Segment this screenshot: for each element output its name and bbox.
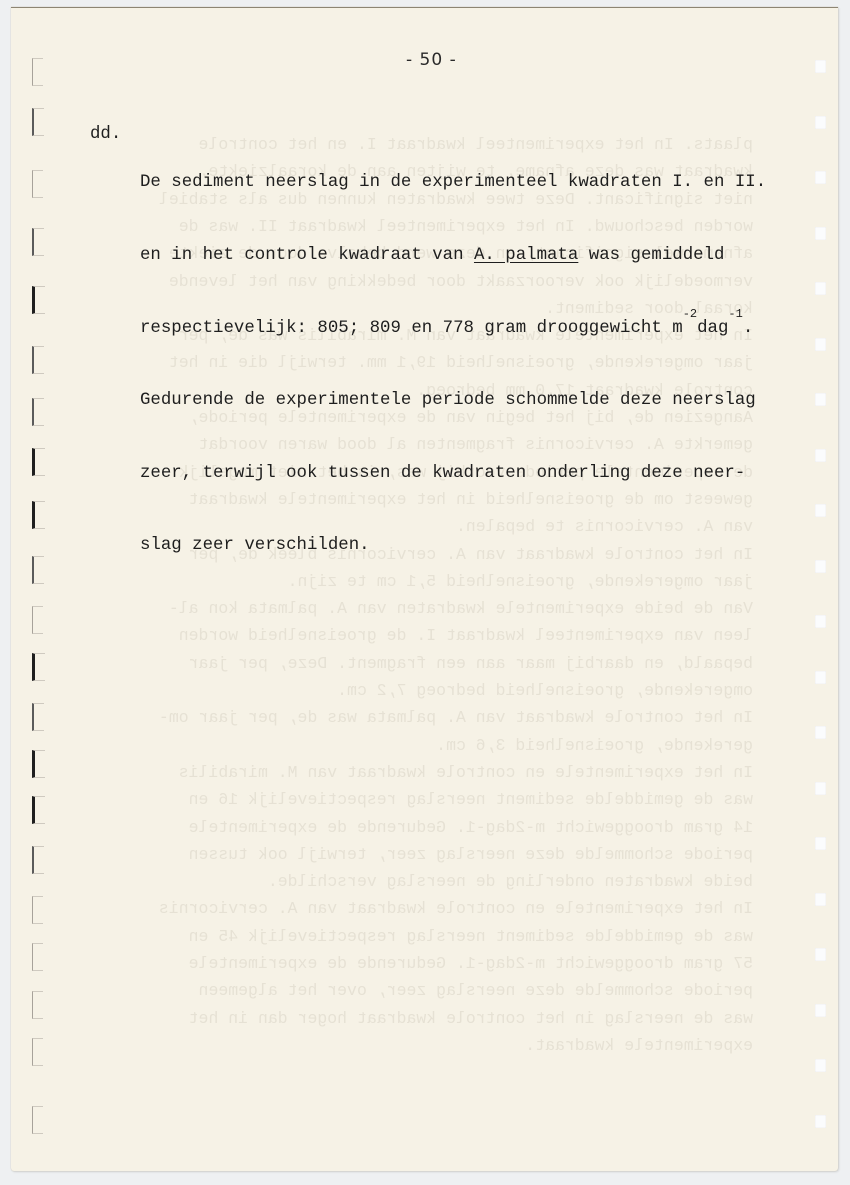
- punch-hole: [815, 338, 826, 351]
- ghost-line: leen van experimenteel kwadraat I. de gr…: [179, 624, 753, 648]
- binder-mark: [32, 108, 44, 136]
- body-line: respectievelijk: 805; 809 en 778 gram dr…: [140, 317, 766, 341]
- ghost-line: periode schommelde deze neerslag zeer, t…: [189, 843, 753, 867]
- binder-mark: [32, 606, 43, 634]
- punch-hole: [815, 116, 826, 129]
- text-span: dag: [697, 319, 728, 338]
- binder-mark: [32, 346, 44, 374]
- punch-hole: [815, 171, 826, 184]
- binder-mark: [32, 943, 43, 971]
- binder-mark: [32, 58, 43, 86]
- punch-hole: [815, 560, 826, 573]
- binder-mark: [32, 846, 44, 874]
- ghost-line: In het experimentele en controle kwadraa…: [179, 761, 753, 785]
- item-label: dd.: [90, 123, 121, 147]
- binder-mark: [32, 1106, 43, 1134]
- ghost-line: bepaald, en daarbij maar aan een fragmen…: [189, 652, 753, 676]
- body-line: zeer, terwijl ook tussen de kwadraten on…: [140, 462, 766, 486]
- binder-mark: [32, 896, 43, 924]
- binder-mark: [32, 796, 45, 824]
- page-number: - 50 -: [406, 50, 457, 70]
- body-line: De sediment neerslag in de experimenteel…: [140, 171, 766, 195]
- punch-hole: [815, 1059, 826, 1072]
- species-name: A. palmata: [474, 246, 578, 265]
- exponent: -1: [728, 307, 742, 321]
- exponent: -2: [683, 307, 697, 321]
- item-body: De sediment neerslag in de experimenteel…: [140, 123, 766, 607]
- ghost-line: was de neerslag in het controle kwadraat…: [189, 1007, 753, 1031]
- binder-mark: [32, 448, 45, 476]
- binder-mark: [32, 703, 44, 731]
- binder-mark: [32, 228, 44, 256]
- ghost-line: was de gemiddelde sediment neerslag resp…: [189, 925, 753, 949]
- binder-mark: [32, 556, 44, 584]
- ghost-line: gerekende, groeisnelheid 3,6 cm.: [436, 734, 753, 758]
- punch-hole: [815, 282, 826, 295]
- punch-hole: [815, 449, 826, 462]
- ghost-line: omgerekende, groeisnelheid bedroeg 7,2 c…: [337, 679, 753, 703]
- binder-mark: [32, 653, 45, 681]
- binder-mark: [32, 750, 45, 778]
- body-line: Gedurende de experimentele periode schom…: [140, 389, 766, 413]
- text-span: Gedurende de experimentele periode schom…: [140, 391, 756, 410]
- text-span: en in het controle kwadraat van: [140, 246, 474, 265]
- punch-hole: [815, 1004, 826, 1017]
- binder-mark: [32, 398, 44, 426]
- punch-hole: [815, 615, 826, 628]
- binder-mark: [32, 991, 43, 1019]
- text-span: respectievelijk: 805; 809 en 778 gram dr…: [140, 319, 683, 338]
- punch-hole: [815, 726, 826, 739]
- punch-hole: [815, 60, 826, 73]
- ghost-line: was de gemiddelde sediment neerslag resp…: [189, 788, 753, 812]
- text-span: slag zeer verschilden.: [140, 536, 370, 555]
- punch-hole: [815, 227, 826, 240]
- binder-mark: [32, 170, 43, 198]
- punch-hole: [815, 671, 826, 684]
- punch-hole: [815, 1115, 826, 1128]
- body-line: slag zeer verschilden.: [140, 534, 766, 558]
- ghost-line: periode schommelde deze neerslag zeer, o…: [199, 979, 754, 1003]
- punch-hole: [815, 948, 826, 961]
- text-span: zeer, terwijl ook tussen de kwadraten on…: [140, 464, 745, 483]
- ghost-line: In het controle kwadraat van A. palmata …: [159, 706, 753, 730]
- ghost-line: 57 gram drooggewicht m-2dag-1. Gedurende…: [189, 952, 753, 976]
- binder-mark: [32, 501, 45, 529]
- punch-hole: [815, 504, 826, 517]
- ghost-line: In het experimentele en controle kwadraa…: [159, 897, 753, 921]
- punch-hole: [815, 893, 826, 906]
- binder-mark: [32, 1038, 43, 1066]
- ghost-line: beide kwadraten onderling de neerslag ve…: [268, 870, 753, 894]
- ghost-line: 14 gram drooggewicht m-2dag-1. Gedurende…: [189, 816, 753, 840]
- punch-hole: [815, 837, 826, 850]
- text-span: .: [743, 319, 753, 338]
- punch-hole: [815, 393, 826, 406]
- text-span: was gemiddeld: [578, 246, 724, 265]
- ghost-line: experimentele kwadraat.: [525, 1034, 753, 1058]
- punch-hole: [815, 782, 826, 795]
- document-page: plaats. In het experimenteel kwadraat I.…: [11, 7, 838, 1171]
- body-line: en in het controle kwadraat van A. palma…: [140, 244, 766, 268]
- text-span: De sediment neerslag in de experimenteel…: [140, 173, 766, 192]
- binder-mark: [32, 286, 45, 314]
